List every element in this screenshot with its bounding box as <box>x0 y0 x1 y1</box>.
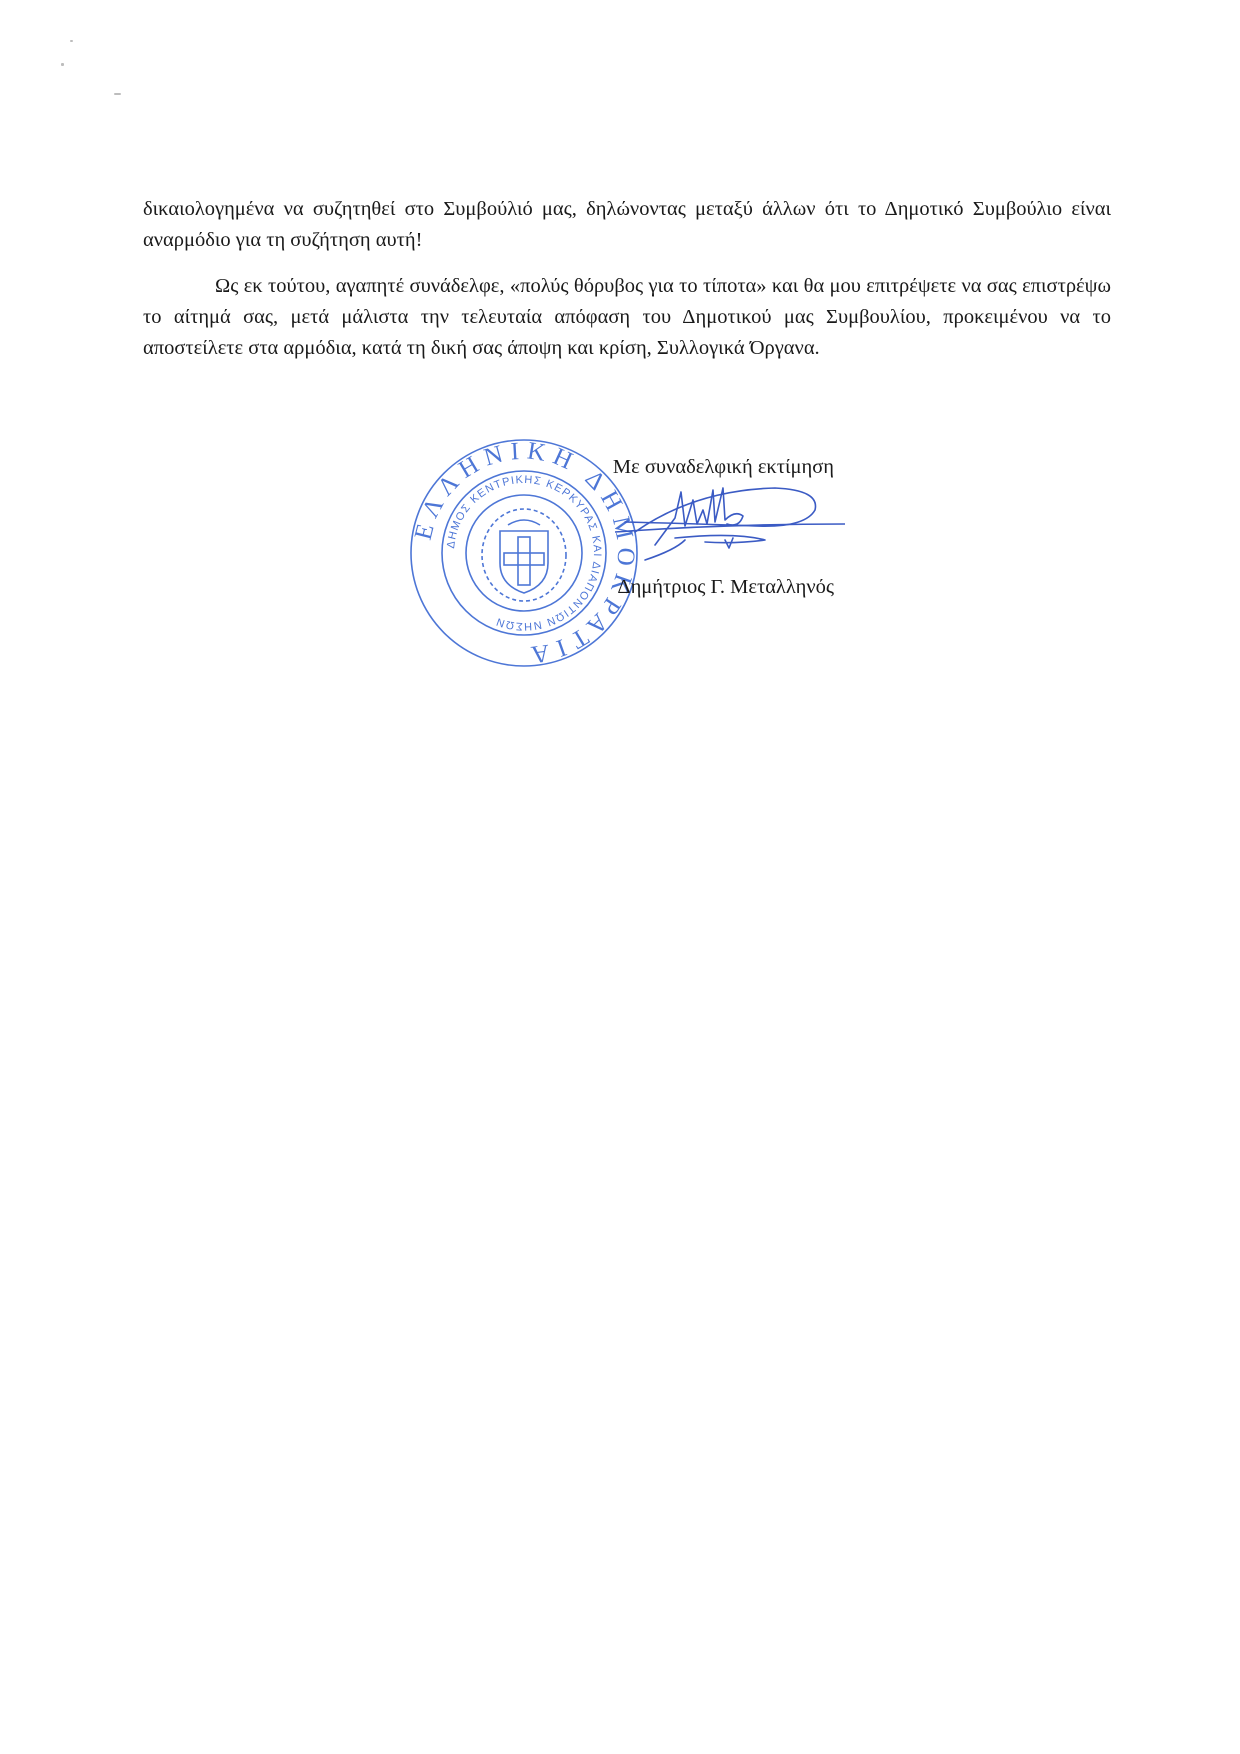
letter-body: δικαιολογημένα να συζητηθεί στο Συμβούλι… <box>143 194 1111 364</box>
stamp-inner-text: ΔΗΜΟΣ ΚΕΝΤΡΙΚΗΣ ΚΕΡΚΥΡΑΣ ΚΑΙ ΔΙΑΠΟΝΤΙΩΝ … <box>445 474 603 632</box>
svg-text:ΔΗΜΟΣ ΚΕΝΤΡΙΚΗΣ ΚΕΡΚΥΡΑΣ ΚΑΙ Δ: ΔΗΜΟΣ ΚΕΝΤΡΙΚΗΣ ΚΕΡΚΥΡΑΣ ΚΑΙ ΔΙΑΠΟΝΤΙΩΝ … <box>445 474 603 632</box>
signer-name: Δημήτριος Γ. Μεταλληνός <box>560 576 834 599</box>
handwritten-signature <box>615 480 845 570</box>
document-page: δικαιολογημένα να συζητηθεί στο Συμβούλι… <box>0 0 1240 1754</box>
scan-artifact <box>61 63 64 66</box>
paragraph: Ως εκ τούτου, αγαπητέ συνάδελφε, «πολύς … <box>143 271 1111 364</box>
paragraph: δικαιολογημένα να συζητηθεί στο Συμβούλι… <box>143 194 1111 256</box>
stamp-middle-ring <box>442 471 606 635</box>
scan-artifact <box>114 93 121 95</box>
closing-salutation: Με συναδελφική εκτίμηση <box>560 456 834 479</box>
scan-artifact <box>70 40 73 42</box>
